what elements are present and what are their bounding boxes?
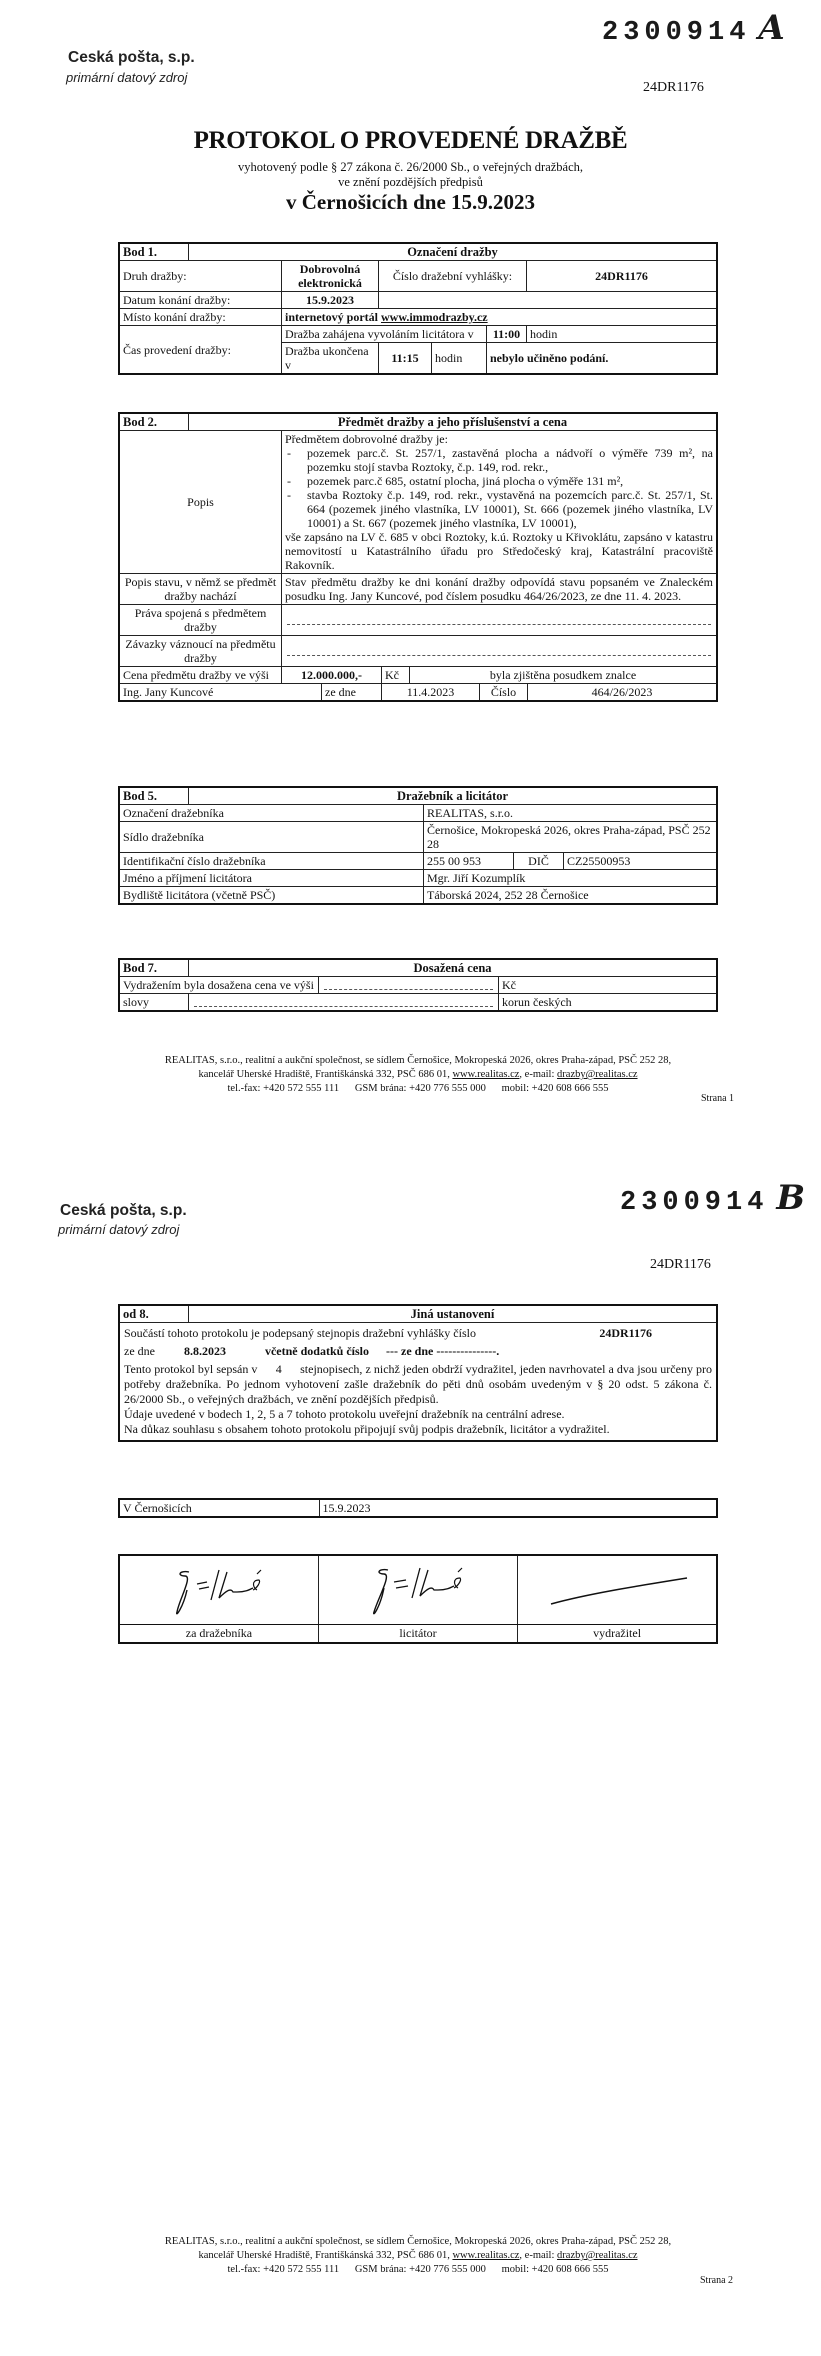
page-number-2: Strana 2 (700, 2275, 733, 2286)
section-number: od 8. (119, 1305, 189, 1323)
cena-currency: Kč (382, 667, 410, 684)
section-bod-7: Bod 7. Dosažená cena Vydražením byla dos… (118, 958, 718, 1012)
end-text: Dražba ukončena v (282, 343, 379, 375)
section-heading: Dražebník a licitátor (189, 787, 718, 805)
druh-label: Druh dražby: (119, 261, 282, 292)
misto-value: internetový portál www.immodrazby.cz (282, 309, 718, 326)
footer-page-2: REALITAS, s.r.o., realitní a aukční spol… (118, 2235, 718, 2277)
footer-page-1: REALITAS, s.r.o., realitní a aukční spol… (118, 1054, 718, 1096)
post-subtitle: primární datový zdroj (58, 1222, 179, 1237)
post-title: Ceská pošta, s.p. (68, 49, 195, 67)
vyhlaska-label: Číslo dražební vyhlášky: (379, 261, 527, 292)
start-unit: hodin (527, 326, 718, 343)
zavazky-label: Závazky váznoucí na předmětu dražby (119, 636, 282, 667)
section-heading: Jiná ustanovení (189, 1305, 718, 1323)
section-heading: Označení dražby (189, 243, 718, 261)
dosazena-cena-value (319, 977, 499, 994)
vyhlaska-value: 24DR1176 (527, 261, 718, 292)
title-subtitle-2: ve znění pozdějších předpisů (0, 174, 821, 190)
signature-label: za dražebníka (119, 1625, 318, 1644)
stamp-number: 2300914 (620, 1188, 768, 1218)
sidlo-label: Sídlo dražebníka (119, 822, 424, 853)
signature-label: licitátor (318, 1625, 517, 1644)
popis-label: Popis (119, 431, 282, 574)
zavazky-value (282, 636, 718, 667)
section-heading: Předmět dražby a jeho příslušenství a ce… (189, 413, 718, 431)
section-bod-2: Bod 2. Předmět dražby a jeho příslušenst… (118, 412, 718, 702)
datum-label: Datum konání dražby: (119, 292, 282, 309)
dodatek-label: včetně dodatků číslo (265, 1344, 369, 1358)
signature-licitator-icon (348, 1560, 488, 1620)
place-date: 15.9.2023 (319, 1499, 717, 1517)
stamp-letter: B (776, 1178, 805, 1218)
section-number: Bod 5. (119, 787, 189, 805)
licitator-label: Jméno a příjmení licitátora (119, 870, 424, 887)
signature-licitator (318, 1555, 517, 1625)
stamp-1: 2300914A (602, 8, 785, 48)
stejnopis-text: Součástí tohoto protokolu je podepsaný s… (124, 1326, 476, 1341)
end-unit: hodin (432, 343, 487, 375)
stejnopisy-count: 4 (276, 1362, 282, 1376)
ic-label: Identifikační číslo dražebníka (119, 853, 424, 870)
stav-label: Popis stavu, v němž se předmět dražby na… (119, 574, 282, 605)
title-subtitle-1: vyhotovený podle § 27 zákona č. 26/2000 … (0, 159, 821, 175)
stamp-letter: A (758, 8, 784, 48)
misto-label: Místo konání dražby: (119, 309, 282, 326)
licitator-value: Mgr. Jiří Kozumplík (424, 870, 718, 887)
start-text: Dražba zahájena vyvoláním licitátora v (282, 326, 487, 343)
cena-note: byla zjištěna posudkem znalce (410, 667, 718, 684)
start-time: 11:00 (487, 326, 527, 343)
druh-value: Dobrovolná elektronická (282, 261, 379, 292)
ic-value: 255 00 953 (424, 853, 514, 870)
popis-list: pozemek parc.č. St. 257/1, zastavěná plo… (285, 446, 713, 530)
prava-label: Práva spojená s předmětem dražby (119, 605, 282, 636)
popis-intro: Předmětem dobrovolné dražby je: (285, 432, 713, 446)
signature-drazebnik (119, 1555, 318, 1625)
place-label: V Černošicích (119, 1499, 319, 1517)
ze-dne-label: ze dne (124, 1344, 155, 1358)
dodatek-value: --- ze dne ---------------. (386, 1344, 499, 1358)
signatures-table: za dražebníka licitátor vydražitel (118, 1554, 718, 1644)
datum-value: 15.9.2023 (282, 292, 379, 309)
email-link[interactable]: drazby@realitas.cz (557, 2250, 638, 2261)
post-subtitle: primární datový zdroj (66, 70, 187, 85)
popis-outro: vše zapsáno na LV č. 685 v obci Roztoky,… (285, 530, 713, 572)
section-number: Bod 2. (119, 413, 189, 431)
section-number: Bod 7. (119, 959, 189, 977)
souhlas-paragraph: Na důkaz souhlasu s obsahem tohoto proto… (124, 1422, 712, 1437)
list-item: stavba Roztoky č.p. 149, rod. rekr., vys… (285, 488, 713, 530)
signature-vydrazitel-icon (537, 1560, 697, 1620)
ze-dne-value: 11.4.2023 (382, 684, 480, 702)
dic-label: DIČ (514, 853, 564, 870)
slovy-unit: korun českých (499, 994, 718, 1012)
cena-label: Cena předmětu dražby ve výši (119, 667, 282, 684)
uverejneni-paragraph: Údaje uvedené v bodech 1, 2, 5 a 7 tohot… (124, 1407, 712, 1422)
bydliste-label: Bydliště licitátora (včetně PSČ) (119, 887, 424, 905)
znalec-name: Ing. Jany Kuncové (119, 684, 322, 702)
email-link[interactable]: drazby@realitas.cz (557, 1069, 638, 1080)
section-bod-5: Bod 5. Dražebník a licitátor Označení dr… (118, 786, 718, 905)
stejnopisy-paragraph: Tento protokol byl sepsán v 4 stejnopise… (124, 1362, 712, 1407)
signature-vydrazitel (518, 1555, 717, 1625)
dražebnik-label: Označení dražebníka (119, 805, 424, 822)
section-bod-8: od 8. Jiná ustanovení Součástí tohoto pr… (118, 1304, 718, 1442)
slovy-value (189, 994, 499, 1012)
list-item: pozemek parc.č. St. 257/1, zastavěná plo… (285, 446, 713, 474)
sidlo-value: Černošice, Mokropeská 2026, okres Praha-… (424, 822, 718, 853)
end-time: 11:15 (379, 343, 432, 375)
stamp-number: 2300914 (602, 18, 750, 48)
dražebnik-value: REALITAS, s.r.o. (424, 805, 718, 822)
list-item: pozemek parc.č 685, ostatní plocha, jiná… (285, 474, 713, 488)
cislo-value: 464/26/2023 (528, 684, 718, 702)
slovy-label: slovy (119, 994, 189, 1012)
vyhlaska-number: 24DR1176 (599, 1326, 652, 1341)
post-title: Ceská pošta, s.p. (60, 1202, 187, 1220)
portal-link[interactable]: www.immodrazby.cz (381, 310, 488, 324)
web-link[interactable]: www.realitas.cz (452, 1069, 519, 1080)
section-heading: Dosažená cena (189, 959, 718, 977)
bod8-content: Součástí tohoto protokolu je podepsaný s… (119, 1323, 717, 1442)
reference-number: 24DR1176 (650, 1257, 711, 1273)
signature-label: vydražitel (518, 1625, 717, 1644)
reference-number: 24DR1176 (643, 80, 704, 96)
cas-label: Čas provedení dražby: (119, 326, 282, 375)
dic-value: CZ25500953 (564, 853, 718, 870)
signature-drazebnik-icon (149, 1560, 289, 1620)
cena-value: 12.000.000,- (282, 667, 382, 684)
ze-dne-value: 8.8.2023 (184, 1344, 226, 1358)
ze-dne-label: ze dne (322, 684, 382, 702)
web-link[interactable]: www.realitas.cz (452, 2250, 519, 2261)
section-bod-1: Bod 1. Označení dražby Druh dražby: Dobr… (118, 242, 718, 375)
place-date-table: V Černošicích 15.9.2023 (118, 1498, 718, 1518)
cislo-label: Číslo (480, 684, 528, 702)
page-number-1: Strana 1 (701, 1093, 734, 1104)
prava-value (282, 605, 718, 636)
section-number: Bod 1. (119, 243, 189, 261)
dosazena-cena-currency: Kč (499, 977, 718, 994)
dosazena-cena-label: Vydražením byla dosažena cena ve výši (119, 977, 319, 994)
stav-value: Stav předmětu dražby ke dni konání dražb… (282, 574, 718, 605)
bydliste-value: Táborská 2024, 252 28 Černošice (424, 887, 718, 905)
end-note: nebylo učiněno podání. (487, 343, 718, 375)
place-date-heading: v Černošicích dne 15.9.2023 (0, 190, 821, 215)
page-title: PROTOKOL O PROVEDENÉ DRAŽBĚ (0, 127, 821, 155)
popis-value: Předmětem dobrovolné dražby je: pozemek … (282, 431, 718, 574)
stamp-2: 2300914B (620, 1178, 805, 1218)
